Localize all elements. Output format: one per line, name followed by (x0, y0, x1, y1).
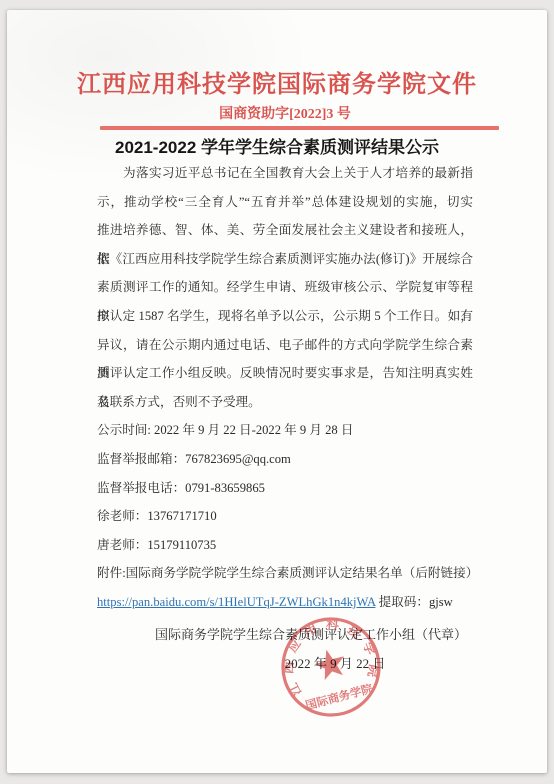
paragraph-line-8: 测评认定工作小组反映。反映情况时要实事求是，告知注明真实姓名 (97, 359, 473, 388)
paragraph-line-3: 推进培养德、智、体、美、劳全面发展社会主义建设者和接班人，依 (97, 216, 473, 245)
paragraph-line-4: 据《江西应用科技学院学生综合素质测评实施办法(修订)》开展综合 (97, 245, 473, 274)
teacher-tang-line: 唐老师：15179110735 (97, 531, 473, 560)
link-line: https://pan.baidu.com/s/1HIelUTqJ-ZWLhGk… (97, 588, 473, 617)
paragraph-line-6: 拟认定 1587 名学生，现将名单予以公示，公示期 5 个工作日。如有 (97, 302, 473, 331)
report-email-line: 监督举报邮箱：767823695@qq.com (97, 445, 473, 474)
org-title: 江西应用科技学院国际商务学院文件 (60, 64, 494, 99)
paragraph-line-2: 示，推动学校“三全育人”“五育并举”总体建设规划的实施，切实 (97, 188, 473, 217)
signature-line: 国际商务学院学生综合素质测评认定工作小组（代章） (97, 624, 467, 643)
publicity-period-line: 公示时间: 2022 年 9 月 22 日-2022 年 9 月 28 日 (97, 416, 473, 445)
screenshot-viewport: 江西应用科技学院国际商务学院文件 国商资助字[2022]3 号 2021-202… (0, 0, 554, 784)
document-body: 为落实习近平总书记在全国教育大会上关于人才培养的最新指 示，推动学校“三全育人”… (97, 159, 473, 617)
paragraph-line-5: 素质测评工作的通知。经学生申请、班级审核公示、学院复审等程序， (97, 273, 473, 302)
attachment-line: 附件:国际商务学院学院学生综合素质测评认定结果名单（后附链接） (97, 559, 473, 588)
paragraph-line-9: 及联系方式，否则不予受理。 (97, 388, 473, 417)
doc-number: 国商资助字[2022]3 号 (97, 103, 473, 123)
report-phone-line: 监督举报电话：0791-83659865 (97, 474, 473, 503)
teacher-xu-line: 徐老师：13767171710 (97, 502, 473, 531)
date-line: 2022 年 9 月 22 日 (272, 653, 398, 672)
baidu-pan-link[interactable]: https://pan.baidu.com/s/1HIelUTqJ-ZWLhGk… (97, 595, 375, 609)
extraction-code: 提取码：gjsw (379, 595, 453, 609)
page-title: 2021-2022 学年学生综合素质测评结果公示 (60, 133, 494, 158)
paragraph-line-7: 异议，请在公示期内通过电话、电子邮件的方式向学院学生综合素质 (97, 331, 473, 360)
red-header-rule (100, 126, 499, 130)
paragraph-line-1: 为落实习近平总书记在全国教育大会上关于人才培养的最新指 (97, 159, 473, 188)
